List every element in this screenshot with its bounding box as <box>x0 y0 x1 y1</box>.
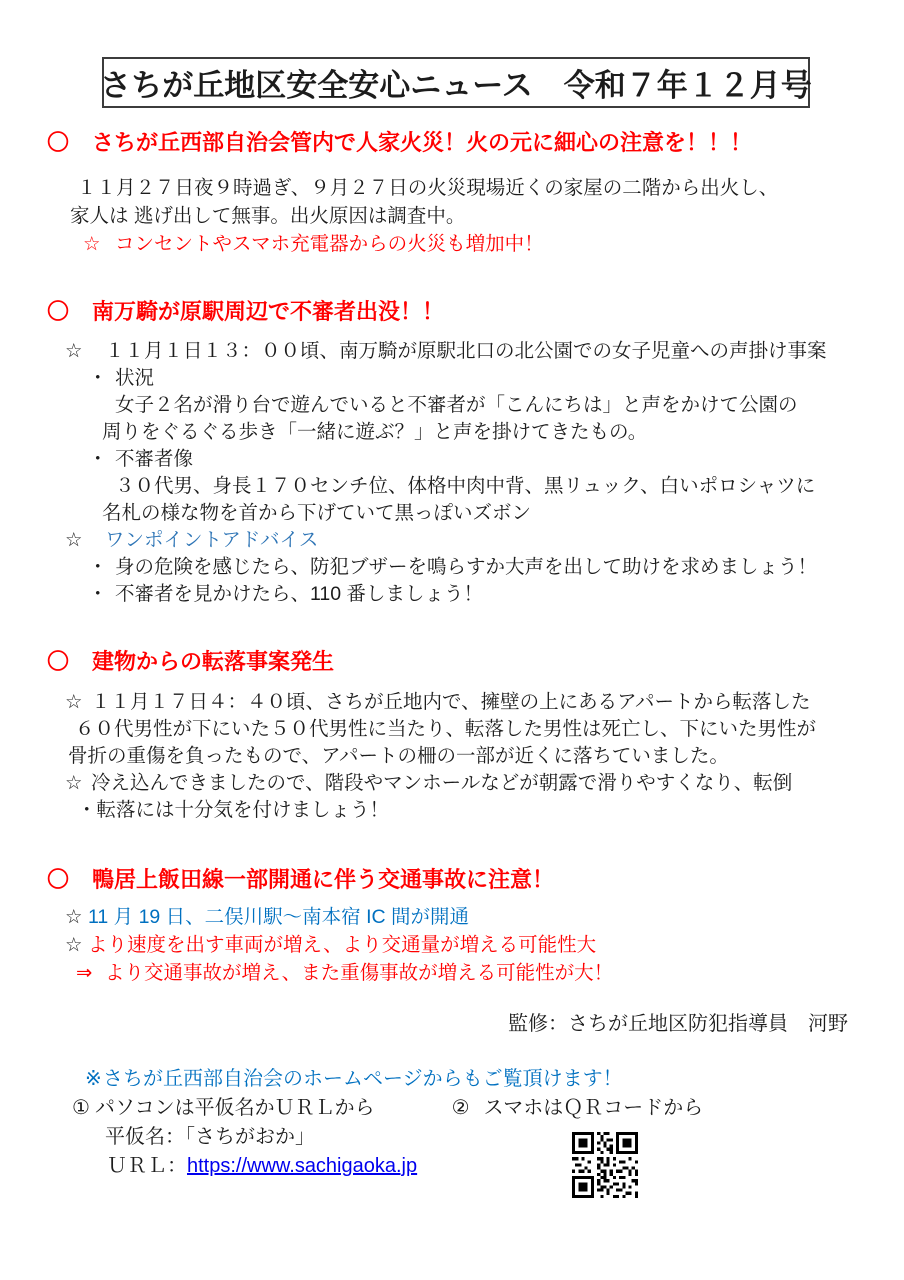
arrow-item: ⇒より交通事故が増え、また重傷事故が増える可能性が大！ <box>0 959 904 987</box>
star-item: ☆冷え込んできましたので、階段やマンホールなどが朝露で滑りやすくなり、転倒 <box>0 770 904 797</box>
advice-heading-text: ワンポイントアドバイス <box>105 527 318 554</box>
star-item: ☆11 月 19 日、二俣川駅～南本宿 IC 間が開通 <box>0 903 904 931</box>
alert-line: ☆コンセントやスマホ充電器からの火災も増加中！ <box>0 230 904 258</box>
body-line: ６０代男性が下にいた５０代男性に当たり、転落した男性は死亡し、下にいた男性が <box>0 716 904 743</box>
advice-heading: ☆ワンポイントアドバイス <box>0 527 904 554</box>
bullet-item: ・不審者を見かけたら、110 番しましょう！ <box>0 581 904 608</box>
body-line: ・転落には十分気を付けましょう！ <box>0 797 904 824</box>
bullet-icon: ・ <box>88 581 115 608</box>
section-heading-text: 南万騎が原駅周辺で不審者出没！！ <box>92 298 444 326</box>
pc-access-text: パソコンは平仮名かＵＲＬから <box>95 1094 375 1123</box>
star-item-text: １１月１７日４：４０頃、さちが丘地内で、擁壁の上にあるアパートから転落した <box>91 689 811 716</box>
section-heading-text: 鴨居上飯田線一部開通に伴う交通事故に注意！ <box>92 866 554 894</box>
phone-access-item: ②スマホはＱＲコードから <box>452 1094 704 1123</box>
alert-text: コンセントやスマホ充電器からの火災も増加中！ <box>115 230 544 258</box>
body-line: 骨折の重傷を負ったもので、アパートの柵の一部が近くに落ちていました。 <box>0 743 904 770</box>
section-heading-fire: 〇さちが丘西部自治会管内で人家火災！火の元に細心の注意を！！！ <box>0 129 904 157</box>
supervisor-credit: 監修：さちが丘地区防犯指導員 河野 <box>0 1014 904 1034</box>
arrow-item-text: より交通事故が増え、また重傷事故が増える可能性が大！ <box>105 959 613 987</box>
star-icon: ☆ <box>65 338 105 365</box>
site-url-link[interactable]: https://www.sachigaoka.jp <box>187 1152 417 1181</box>
bullet-item-text: 状況 <box>115 365 154 392</box>
qr-code <box>572 1132 638 1198</box>
arrow-icon: ⇒ <box>76 959 105 987</box>
bullet-item: ・身の危険を感じたら、防犯ブザーを鳴らすか大声を出して助けを求めましょう！ <box>0 554 904 581</box>
pc-access-item: ①パソコンは平仮名かＵＲＬから <box>0 1094 375 1123</box>
star-icon: ☆ <box>65 931 88 959</box>
section-circle-icon: 〇 <box>47 648 92 676</box>
newsletter-page: さちが丘地区安全安心ニュース 令和７年１２月号 〇さちが丘西部自治会管内で人家火… <box>0 0 904 1280</box>
phone-access-text: スマホはＱＲコードから <box>484 1094 704 1123</box>
star-item-text: 冷え込んできましたので、階段やマンホールなどが朝露で滑りやすくなり、転倒 <box>91 770 792 797</box>
homepage-note-text: さちが丘西部自治会のホームページからもご覧頂けます！ <box>103 1065 623 1094</box>
star-icon: ☆ <box>65 903 88 931</box>
body-line: 周りをぐるぐる歩き「一緒に遊ぶ？」と声を掛けてきたもの。 <box>0 419 904 446</box>
section-circle-icon: 〇 <box>47 298 92 326</box>
star-item: ☆より速度を出す車両が増え、より交通量が増える可能性大 <box>0 931 904 959</box>
bullet-icon: ・ <box>88 446 115 473</box>
circled-two-icon: ② <box>452 1094 484 1123</box>
section-heading-suspicious: 〇南万騎が原駅周辺で不審者出没！！ <box>0 298 904 326</box>
bullet-icon: ・ <box>88 554 115 581</box>
section-circle-icon: 〇 <box>47 129 92 157</box>
body-line: ３０代男、身長１７０センチ位、体格中肉中背、黒リュック、白いポロシャツに <box>0 473 904 500</box>
body-line: １１月２７日夜９時過ぎ、９月２７日の火災現場近くの家屋の二階から出火し、 <box>0 174 904 202</box>
section-heading-traffic: 〇鴨居上飯田線一部開通に伴う交通事故に注意！ <box>0 866 904 894</box>
star-item-text: １１月１日１３：００頃、南万騎が原駅北口の北公園での女子児童への声掛け事案 <box>105 338 827 365</box>
url-label: ＵＲＬ： <box>107 1152 187 1181</box>
hiragana-name: 平仮名：「さちがおか」 <box>0 1123 904 1152</box>
star-icon: ☆ <box>83 230 115 258</box>
newsletter-title: さちが丘地区安全安心ニュース 令和７年１２月号 <box>102 57 810 108</box>
section-heading-text: 建物からの転落事案発生 <box>92 648 334 676</box>
bullet-icon: ・ <box>88 365 115 392</box>
bullet-item-text: 不審者を見かけたら、110 番しましょう！ <box>115 581 483 608</box>
star-item-text: より速度を出す車両が増え、より交通量が増える可能性大 <box>88 931 596 959</box>
star-item-text: 11 月 19 日、二俣川駅～南本宿 IC 間が開通 <box>88 903 469 931</box>
body-line: 名札の様な物を首から下げていて黒っぽいズボン <box>0 500 904 527</box>
bullet-item-text: 身の危険を感じたら、防犯ブザーを鳴らすか大声を出して助けを求めましょう！ <box>115 554 817 581</box>
access-methods-row: ①パソコンは平仮名かＵＲＬから ②スマホはＱＲコードから <box>0 1094 904 1123</box>
star-icon: ☆ <box>65 527 105 554</box>
star-icon: ☆ <box>65 770 91 797</box>
bullet-item-text: 不審者像 <box>115 446 193 473</box>
section-heading-fall: 〇建物からの転落事案発生 <box>0 648 904 676</box>
circled-one-icon: ① <box>72 1094 95 1123</box>
body-line: 家人は 逃げ出して無事。出火原因は調査中。 <box>0 202 904 230</box>
bullet-item: ・不審者像 <box>0 446 904 473</box>
star-item: ☆１１月１７日４：４０頃、さちが丘地内で、擁壁の上にあるアパートから転落した <box>0 689 904 716</box>
note-icon: ※ <box>85 1065 103 1094</box>
section-circle-icon: 〇 <box>47 866 92 894</box>
url-row: ＵＲＬ：https://www.sachigaoka.jp <box>0 1152 904 1181</box>
homepage-note: ※さちが丘西部自治会のホームページからもご覧頂けます！ <box>0 1065 904 1094</box>
body-line: 女子２名が滑り台で遊んでいると不審者が「こんにちは」と声をかけて公園の <box>0 392 904 419</box>
star-icon: ☆ <box>65 689 91 716</box>
star-item: ☆１１月１日１３：００頃、南万騎が原駅北口の北公園での女子児童への声掛け事案 <box>0 338 904 365</box>
bullet-item: ・状況 <box>0 365 904 392</box>
section-heading-text: さちが丘西部自治会管内で人家火災！火の元に細心の注意を！！！ <box>92 129 752 157</box>
